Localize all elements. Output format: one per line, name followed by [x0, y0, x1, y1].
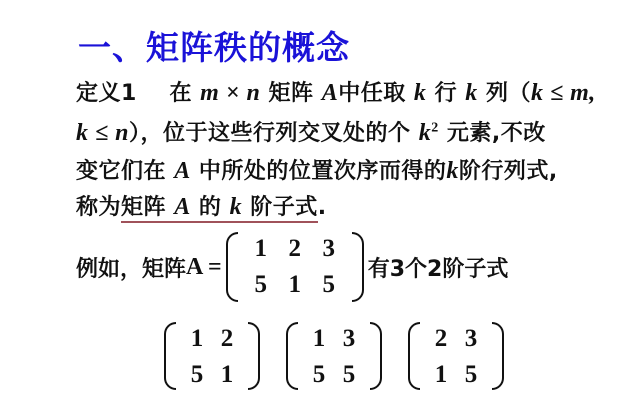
math: k [230, 194, 243, 220]
example-prefix: 例如，矩阵 [76, 252, 186, 283]
math: A [174, 194, 191, 220]
right-paren [370, 322, 382, 390]
math: A [322, 80, 339, 106]
matrix-grid: 1 2 5 1 [176, 322, 248, 390]
left-paren [286, 322, 298, 390]
matrix-a: 1 2 3 5 1 5 [226, 232, 364, 302]
definition-line-4: 称为矩阵 A 的 k 阶子式. [76, 190, 327, 221]
matrix-cell: 3 [334, 324, 364, 354]
right-paren [248, 322, 260, 390]
minor-3: 2 3 1 5 [408, 322, 504, 390]
text: 的 [199, 195, 222, 220]
text: 行 [435, 81, 458, 106]
matrix-variable: A = [186, 254, 222, 281]
math: k [465, 80, 478, 106]
math: k [446, 158, 459, 184]
text: ），位于这些行列交叉处的个 [129, 121, 411, 146]
matrix-cell: 3 [312, 234, 346, 264]
matrix-cell: 2 [426, 324, 456, 354]
math: A [174, 158, 191, 184]
matrix-cell: 1 [212, 360, 242, 390]
slide-title: 一、矩阵秩的概念 [78, 22, 350, 69]
text: 在 [169, 81, 192, 106]
matrix-cell: 5 [456, 360, 486, 390]
matrix-cell: 5 [244, 270, 278, 300]
text: 变它们在 [76, 159, 166, 184]
definition-line-1: 定义1 在 m × n 矩阵 A中任取 k 行 k 列（k ≤ m, [76, 76, 596, 107]
text: 矩阵 [269, 81, 314, 106]
matrix-cell: 5 [334, 360, 364, 390]
left-paren [164, 322, 176, 390]
matrix-grid: 2 3 1 5 [420, 322, 492, 390]
minor-2: 1 3 5 5 [286, 322, 382, 390]
right-paren [492, 322, 504, 390]
left-paren [408, 322, 420, 390]
text: 中任取 [338, 81, 406, 106]
matrix-cell: 1 [426, 360, 456, 390]
text: 矩阵 [121, 195, 166, 220]
text: . [318, 195, 327, 220]
math: k ≤ m, [531, 80, 596, 106]
matrix-cell: 3 [456, 324, 486, 354]
text: 称为 [76, 195, 121, 220]
example-row: 例如，矩阵 A = 1 2 3 5 1 5 有3个2阶子式 [76, 232, 508, 302]
superscript: 2 [431, 121, 439, 136]
math: m × n [200, 80, 260, 106]
text: 阶子式 [250, 195, 318, 220]
minor-1: 1 2 5 1 [164, 322, 260, 390]
matrix-cell: 2 [212, 324, 242, 354]
left-paren [226, 232, 238, 302]
text: 元素,不改 [447, 121, 546, 146]
math: k [414, 80, 427, 106]
text: 阶行列式, [459, 159, 558, 184]
math: k ≤ n [76, 120, 129, 146]
matrix-grid: 1 2 3 5 1 5 [238, 232, 352, 302]
matrix-cell: 2 [278, 234, 312, 264]
underlined-phrase: 矩阵 A 的 k 阶子式 [121, 195, 318, 223]
matrix-cell: 1 [304, 324, 334, 354]
matrix-cell: 5 [182, 360, 212, 390]
matrix-cell: 5 [312, 270, 346, 300]
matrix-grid: 1 3 5 5 [298, 322, 370, 390]
minors-list: 1 2 5 1 1 3 5 5 2 3 1 5 [160, 322, 508, 390]
right-paren [352, 232, 364, 302]
definition-line-2: k ≤ n），位于这些行列交叉处的个 k2 元素,不改 [76, 116, 546, 147]
text: 列（ [486, 81, 531, 106]
definition-line-3: 变它们在 A 中所处的位置次序而得的k阶行列式, [76, 154, 558, 185]
example-suffix: 有3个2阶子式 [368, 252, 509, 283]
definition-label: 定义1 [76, 81, 137, 106]
matrix-cell: 1 [278, 270, 312, 300]
matrix-cell: 1 [244, 234, 278, 264]
matrix-cell: 1 [182, 324, 212, 354]
matrix-cell: 5 [304, 360, 334, 390]
text: 中所处的位置次序而得的 [199, 159, 447, 184]
math: k [419, 120, 432, 146]
